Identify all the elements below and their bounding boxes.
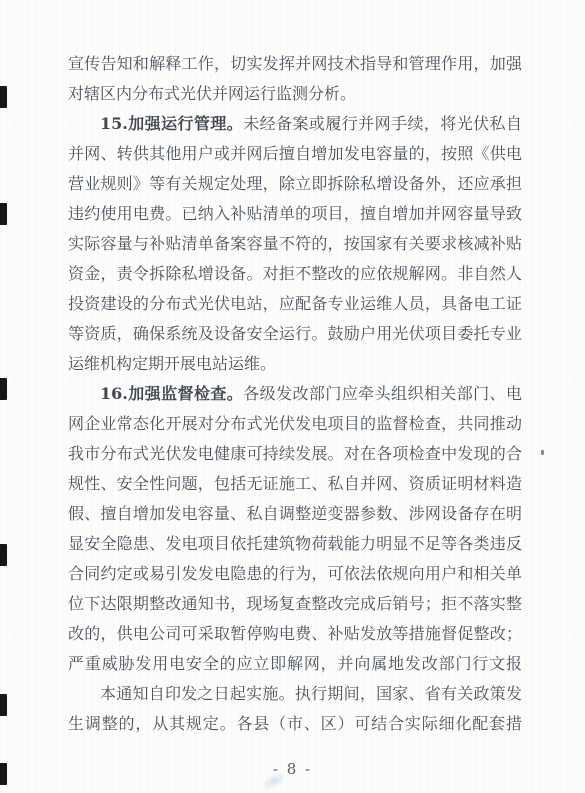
text-segment: 对辖区内分布式光伏并网运行监测分析。 [68, 84, 356, 103]
text-line: 生调整的，从其规定。各县（市、区）可结合实际细化配套措施。 [68, 709, 522, 739]
text-segment: 各级发改部门应牵头组织相关部门、电 [243, 384, 522, 403]
text-line: 假、擅自增加发电容量、私自调整逆变器参数、涉网设备存在明 [68, 499, 522, 529]
text-segment: 宣传告知和解释工作，切实发挥并网技术指导和管理作用，加强 [68, 54, 522, 73]
text-line: 15.加强运行管理。未经备案或履行并网手续，将光伏私自 [68, 109, 522, 139]
run-in-heading: 15.加强运行管理。 [100, 114, 243, 133]
document-text-block: 宣传告知和解释工作，切实发挥并网技术指导和管理作用，加强对辖区内分布式光伏并网运… [68, 49, 522, 739]
scan-artifact-mark [0, 694, 7, 716]
scan-speck-artifact [541, 450, 544, 455]
text-line: 规性、安全性问题，包括无证施工、私自并网、资质证明材料造 [68, 469, 522, 499]
run-in-heading: 16.加强监督检查。 [100, 384, 243, 403]
text-segment: 位下达限期整改通知书，现场复查整改完成后销号；拒不落实整 [68, 594, 522, 613]
text-segment: 投资建设的分布式光伏电站，应配备专业运维人员，具备电工证 [68, 294, 522, 313]
text-segment: 营业规则》等有关规定处理，除立即拆除私增设备外，还应承担 [68, 174, 522, 193]
text-segment: 规性、安全性问题，包括无证施工、私自并网、资质证明材料造 [68, 474, 522, 493]
text-line: 宣传告知和解释工作，切实发挥并网技术指导和管理作用，加强 [68, 49, 522, 79]
scan-artifact-mark [0, 544, 7, 566]
scan-artifact-mark [0, 86, 7, 108]
text-segment: 生调整的，从其规定。各县（市、区）可结合实际细化配套措施。 [68, 714, 522, 739]
text-segment: 网企业常态化开展对分布式光伏发电项目的监督检查，共同推动 [68, 414, 522, 433]
text-line: 实际容量与补贴清单备案容量不符的，按国家有关要求核减补贴 [68, 229, 522, 259]
page-number: - 8 - [0, 760, 585, 778]
scan-artifact-mark [0, 378, 7, 400]
text-segment: 违约使用电费。已纳入补贴清单的项目，擅自增加并网容量导致 [68, 204, 522, 223]
text-segment: 本通知自印发之日起实施。执行期间，国家、省有关政策发 [100, 684, 522, 703]
text-segment: 显安全隐患、发电项目依托建筑物荷载能力明显不足等各类违反 [68, 534, 522, 553]
text-segment: 严重威胁发用电安全的应立即解网，并向属地发改部门行文报送。 [68, 654, 522, 679]
scanned-document-page: 宣传告知和解释工作，切实发挥并网技术指导和管理作用，加强对辖区内分布式光伏并网运… [0, 0, 585, 793]
text-line: 我市分布式光伏发电健康可持续发展。对在各项检查中发现的合 [68, 439, 522, 469]
text-line: 严重威胁发用电安全的应立即解网，并向属地发改部门行文报送。 [68, 649, 522, 679]
text-segment: 我市分布式光伏发电健康可持续发展。对在各项检查中发现的合 [68, 444, 522, 463]
text-line: 合同约定或易引发发电隐患的行为，可依法依规向用户和相关单 [68, 559, 522, 589]
text-line: 本通知自印发之日起实施。执行期间，国家、省有关政策发 [68, 679, 522, 709]
scan-artifact-mark [0, 203, 7, 225]
text-line: 营业规则》等有关规定处理，除立即拆除私增设备外，还应承担 [68, 169, 522, 199]
text-line: 并网、转供其他用户或并网后擅自增加发电容量的，按照《供电 [68, 139, 522, 169]
text-segment: 改的，供电公司可采取暂停购电费、补贴发放等措施督促整改； [68, 624, 522, 643]
text-segment: 资金，责令拆除私增设备。对拒不整改的应依规解网。非自然人 [68, 264, 522, 283]
text-line: 对辖区内分布式光伏并网运行监测分析。 [68, 79, 522, 109]
text-line: 等资质，确保系统及设备安全运行。鼓励户用光伏项目委托专业 [68, 319, 522, 349]
text-segment: 实际容量与补贴清单备案容量不符的，按国家有关要求核减补贴 [68, 234, 522, 253]
text-line: 投资建设的分布式光伏电站，应配备专业运维人员，具备电工证 [68, 289, 522, 319]
text-segment: 未经备案或履行并网手续，将光伏私自 [243, 114, 522, 133]
text-line: 运维机构定期开展电站运维。 [68, 349, 522, 379]
text-segment: 等资质，确保系统及设备安全运行。鼓励户用光伏项目委托专业 [68, 324, 522, 343]
text-segment: 并网、转供其他用户或并网后擅自增加发电容量的，按照《供电 [68, 144, 522, 163]
text-segment: 合同约定或易引发发电隐患的行为，可依法依规向用户和相关单 [68, 564, 522, 583]
text-line: 16.加强监督检查。各级发改部门应牵头组织相关部门、电 [68, 379, 522, 409]
text-line: 资金，责令拆除私增设备。对拒不整改的应依规解网。非自然人 [68, 259, 522, 289]
text-line: 改的，供电公司可采取暂停购电费、补贴发放等措施督促整改； [68, 619, 522, 649]
text-segment: 假、擅自增加发电容量、私自调整逆变器参数、涉网设备存在明 [68, 504, 522, 523]
text-segment: 运维机构定期开展电站运维。 [68, 354, 276, 373]
text-line: 违约使用电费。已纳入补贴清单的项目，擅自增加并网容量导致 [68, 199, 522, 229]
text-line: 位下达限期整改通知书，现场复查整改完成后销号；拒不落实整 [68, 589, 522, 619]
text-line: 显安全隐患、发电项目依托建筑物荷载能力明显不足等各类违反 [68, 529, 522, 559]
text-line: 网企业常态化开展对分布式光伏发电项目的监督检查，共同推动 [68, 409, 522, 439]
